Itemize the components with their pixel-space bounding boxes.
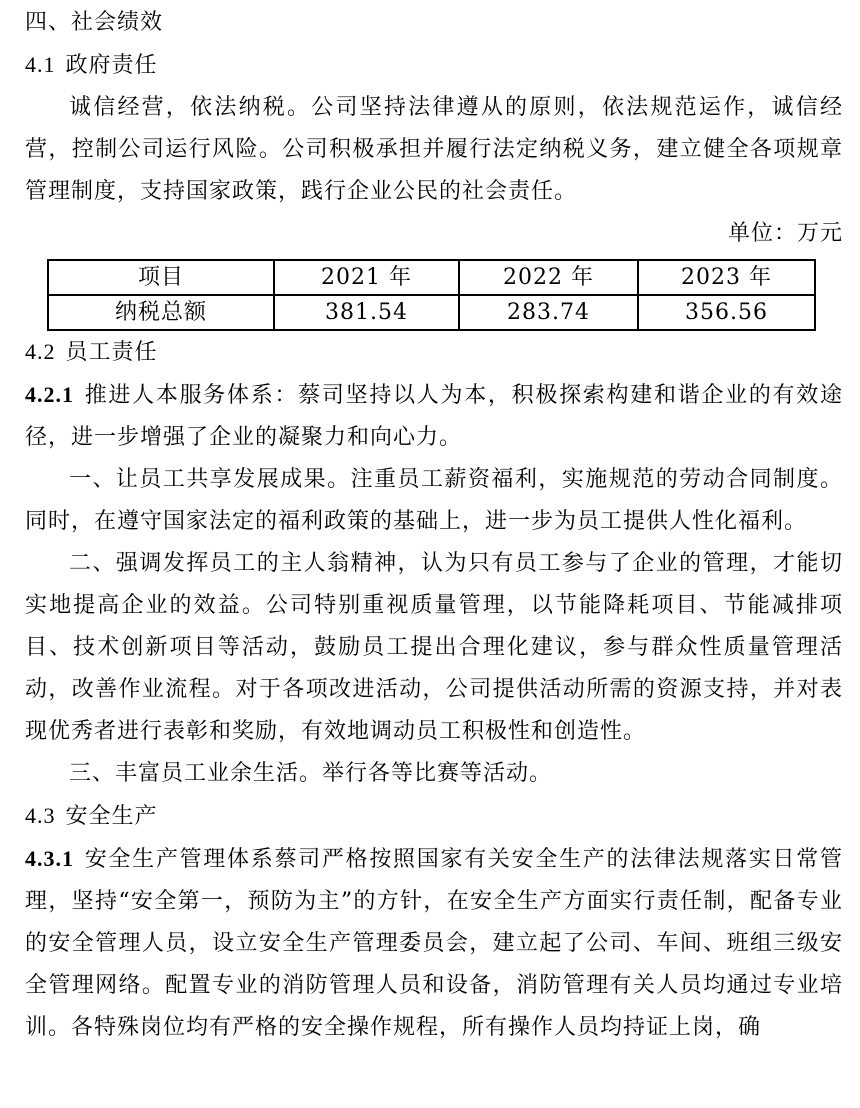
table-cell-2023-value: 356.56 [638, 295, 815, 330]
paragraph-4-2-1-human-service-system: 4.2.1推进人本服务体系：蔡司坚持以人为本，积极探索构建和谐企业的有效途径，进… [25, 374, 843, 459]
subsection-number: 4.3 [25, 803, 56, 828]
subsection-title: 安全生产 [66, 804, 158, 829]
subsection-heading-4-2-employee-responsibility: 4.2员工责任 [25, 331, 843, 374]
subsection-title: 政府责任 [66, 53, 158, 78]
table-cell-row-label: 纳税总额 [48, 295, 274, 330]
subsection-heading-4-1-government-responsibility: 4.1政府责任 [25, 44, 843, 87]
table-header-row: 项目 2021 年 2022 年 2023 年 [48, 260, 815, 295]
section-heading-social-performance: 四、社会绩效 [25, 2, 843, 44]
subsection-number: 4.1 [25, 52, 56, 77]
clause-number: 4.3.1 [25, 846, 74, 871]
clause-text: 推进人本服务体系：蔡司坚持以人为本，积极探索构建和谐企业的有效途径，进一步增强了… [25, 383, 843, 450]
subsection-title: 员工责任 [66, 340, 158, 365]
subsection-number: 4.2 [25, 339, 56, 364]
table-header-2023: 2023 年 [638, 260, 815, 295]
table-cell-2021-value: 381.54 [274, 295, 459, 330]
table-header-2021: 2021 年 [274, 260, 459, 295]
clause-text: 安全生产管理体系蔡司严格按照国家有关安全生产的法律法规落实日常管理，坚持“安全第… [25, 847, 843, 1040]
subsection-heading-4-3-production-safety: 4.3安全生产 [25, 795, 843, 838]
paragraph-employee-item-1: 一、让员工共享发展成果。注重员工薪资福利，实施规范的劳动合同制度。同时，在遵守国… [25, 459, 843, 543]
paragraph-employee-item-2: 二、强调发挥员工的主人翁精神，认为只有员工参与了企业的管理，才能切实地提高企业的… [25, 543, 843, 753]
table-header-item: 项目 [48, 260, 274, 295]
document-page: 四、社会绩效 4.1政府责任 诚信经营，依法纳税。公司坚持法律遵从的原则，依法规… [0, 0, 860, 1108]
paragraph-employee-item-3: 三、丰富员工业余生活。举行各等比赛等活动。 [25, 753, 843, 795]
table-unit-note: 单位：万元 [25, 213, 843, 255]
paragraph-4-3-1-safety-management-system: 4.3.1安全生产管理体系蔡司严格按照国家有关安全生产的法律法规落实日常管理，坚… [25, 838, 843, 1049]
tax-payment-table: 项目 2021 年 2022 年 2023 年 纳税总额 381.54 283.… [47, 259, 816, 331]
table-cell-2022-value: 283.74 [459, 295, 638, 330]
clause-number: 4.2.1 [25, 382, 74, 407]
table-header-2022: 2022 年 [459, 260, 638, 295]
table-row-total-tax: 纳税总额 381.54 283.74 356.56 [48, 295, 815, 330]
paragraph-government-responsibility: 诚信经营，依法纳税。公司坚持法律遵从的原则，依法规范运作，诚信经营，控制公司运行… [25, 87, 843, 213]
